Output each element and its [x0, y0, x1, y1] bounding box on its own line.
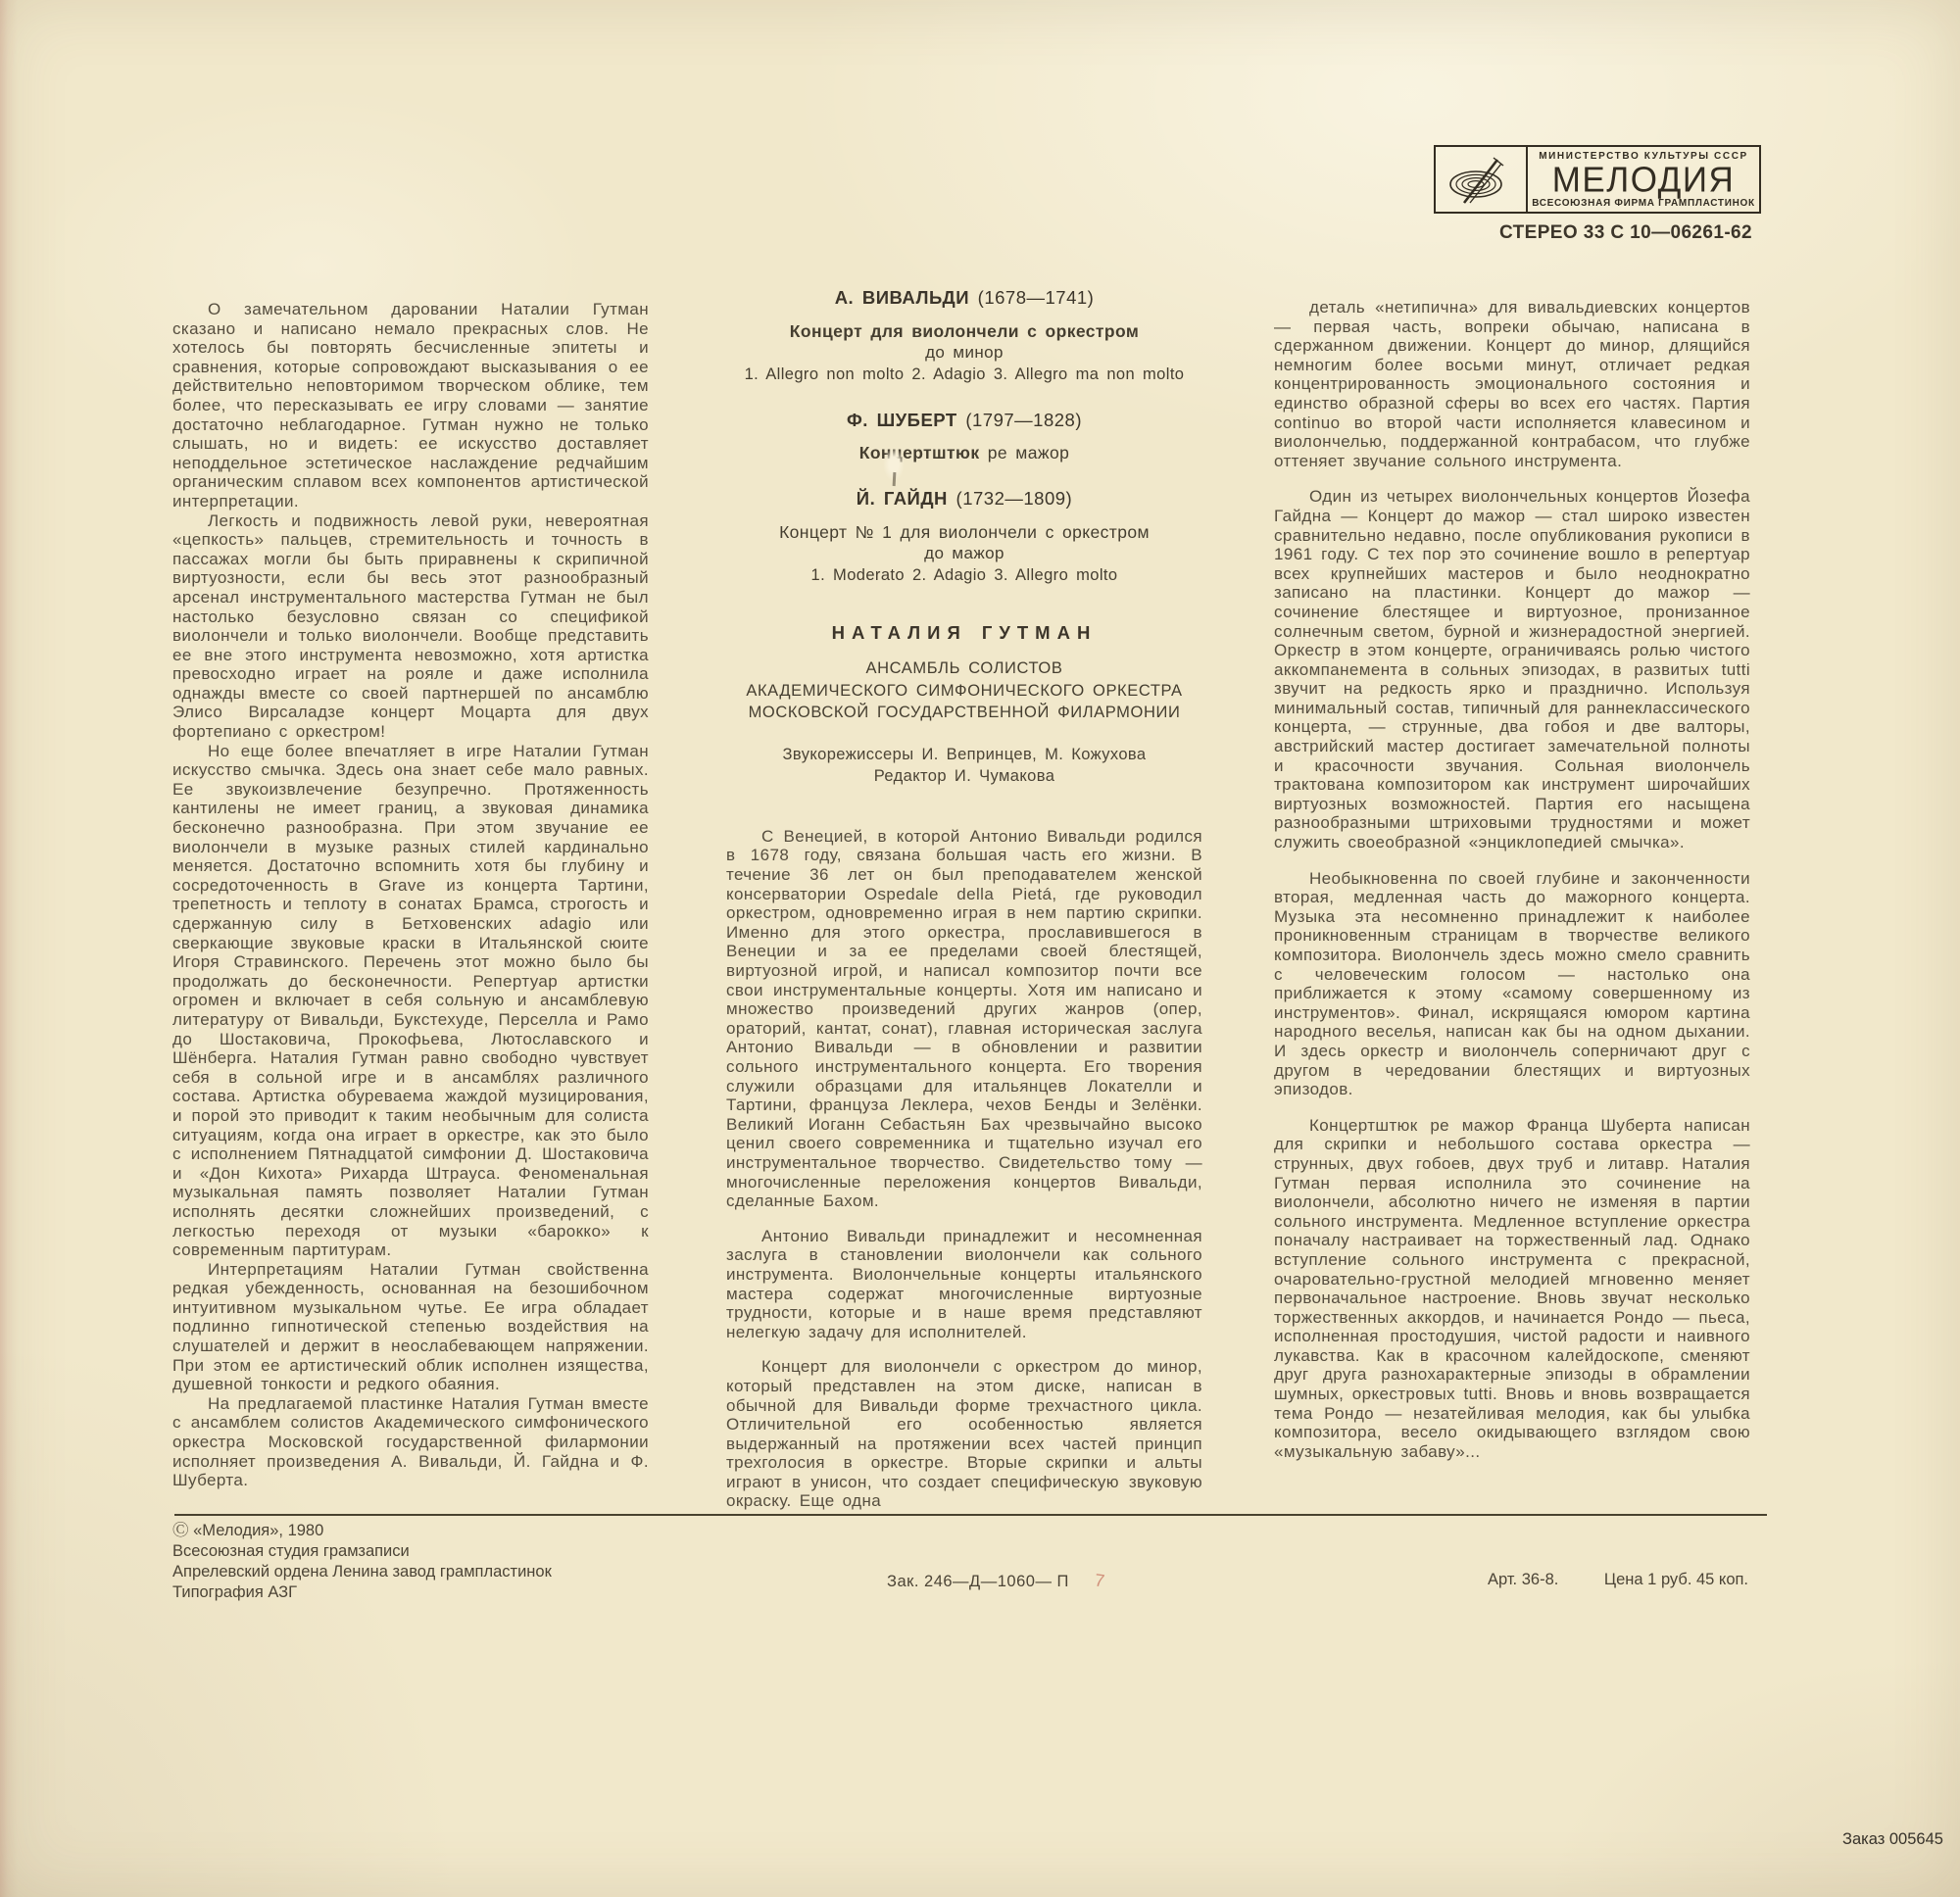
footer-divider [174, 1514, 1767, 1516]
copyright-line: Ⓒ «Мелодия», 1980 [172, 1521, 552, 1541]
catalog-number: 33 С 10—06261-62 [1584, 222, 1752, 244]
ensemble-line: АКАДЕМИЧЕСКОГО СИМФОНИЧЕСКОГО ОРКЕСТРА [726, 680, 1202, 703]
work-haydn: Й. ГАЙДН (1732—1809) Концерт № 1 для вио… [726, 489, 1202, 586]
sound-engineers-line: Звукорежиссеры И. Вепринцев, М. Кожухова [726, 744, 1202, 766]
work-title: Концерт № 1 для виолончели с оркестром [726, 521, 1202, 543]
essay-paragraph: С Венецией, в которой Антонио Вивальди р… [726, 827, 1202, 1211]
red-stamp-mark: 7 [1093, 1570, 1105, 1591]
work-vivaldi: А. ВИВАЛЬДИ (1678—1741) Концерт для виол… [726, 288, 1202, 385]
printer-line: Типография АЗГ [172, 1582, 552, 1603]
composer-heading: А. ВИВАЛЬДИ (1678—1741) [726, 288, 1202, 308]
center-column: А. ВИВАЛЬДИ (1678—1741) Концерт для виол… [726, 288, 1202, 1527]
print-code: Зак. 246—Д—1060— П7 [887, 1571, 1104, 1591]
price: Цена 1 руб. 45 коп. [1604, 1571, 1748, 1588]
studio-line: Всесоюзная студия грамзаписи [172, 1541, 552, 1562]
essay-paragraph: Интерпретациям Наталии Гутман свойственн… [172, 1260, 649, 1394]
essay-paragraph: Необыкновенна по своей глубине и законче… [1274, 869, 1750, 1099]
work-movements: 1. Moderato 2. Adagio 3. Allegro molto [726, 565, 1202, 586]
recording-credits: Звукорежиссеры И. Вепринцев, М. Кожухова… [726, 744, 1202, 788]
essay-column-right: деталь «нетипична» для вивальдиевских ко… [1274, 298, 1750, 1478]
essay-column-middle: С Венецией, в которой Антонио Вивальди р… [726, 827, 1202, 1511]
stereo-catalog-row: СТЕРЕО 33 С 10—06261-62 [1499, 222, 1752, 244]
composer-heading: Й. ГАЙДН (1732—1809) [726, 489, 1202, 509]
record-sleeve-back: { "header": { "ministry": "МИНИСТЕРСТВО … [0, 0, 1960, 1897]
essay-paragraph: Концертштюк ре мажор Франца Шуберта напи… [1274, 1116, 1750, 1462]
ensemble-line: МОСКОВСКОЙ ГОСУДАРСТВЕННОЙ ФИЛАРМОНИИ [726, 702, 1202, 724]
ensemble-line: АНСАМБЛЬ СОЛИСТОВ [726, 657, 1202, 680]
work-schubert: Ф. ШУБЕРТ (1797—1828) Концертштюк ре маж… [726, 411, 1202, 464]
program-block: А. ВИВАЛЬДИ (1678—1741) Концерт для виол… [726, 288, 1202, 788]
brand-name: МЕЛОДИЯ [1552, 163, 1736, 196]
editor-line: Редактор И. Чумакова [726, 765, 1202, 788]
plant-line: Апрелевский ордена Ленина завод грамплас… [172, 1562, 552, 1582]
essay-paragraph: На предлагаемой пластинке Наталия Гутман… [172, 1394, 649, 1490]
art-price-block: Арт. 36-8. Цена 1 руб. 45 коп. [1488, 1571, 1748, 1589]
essay-paragraph: Концерт для виолончели с оркестром до ми… [726, 1357, 1202, 1511]
melodiya-logo: МИНИСТЕРСТВО КУЛЬТУРЫ СССР МЕЛОДИЯ ВСЕСО… [1434, 145, 1761, 214]
order-number: Заказ 005645 [1842, 1830, 1943, 1849]
copyright-block: Ⓒ «Мелодия», 1980 Всесоюзная студия грам… [172, 1521, 552, 1603]
essay-paragraph: Антонио Вивальди принадлежит и несомненн… [726, 1227, 1202, 1342]
essay-paragraph: О замечательном даровании Наталии Гутман… [172, 300, 649, 511]
work-key: до минор [726, 342, 1202, 363]
stereo-label: СТЕРЕО [1499, 222, 1578, 244]
essay-paragraph: деталь «нетипична» для вивальдиевских ко… [1274, 298, 1750, 470]
artist-name: НАТАЛИЯ ГУТМАН [726, 623, 1202, 643]
essay-paragraph: Но еще более впечатляет в игре Наталии Г… [172, 742, 649, 1260]
essay-paragraph: Один из четырех виолончельных концертов … [1274, 487, 1750, 851]
composer-heading: Ф. ШУБЕРТ (1797—1828) [726, 411, 1202, 430]
record-tonearm-icon [1436, 147, 1528, 212]
work-key: до мажор [726, 543, 1202, 563]
work-movements: 1. Allegro non molto 2. Adagio 3. Allegr… [726, 365, 1202, 385]
essay-column-left: О замечательном даровании Наталии Гутман… [172, 300, 649, 1490]
ensemble-name: АНСАМБЛЬ СОЛИСТОВ АКАДЕМИЧЕСКОГО СИМФОНИ… [726, 657, 1202, 724]
work-title: Концертштюк ре мажор [726, 442, 1202, 463]
essay-paragraph: Легкость и подвижность левой руки, невер… [172, 511, 649, 742]
logo-text: МИНИСТЕРСТВО КУЛЬТУРЫ СССР МЕЛОДИЯ ВСЕСО… [1528, 147, 1759, 212]
art-number: Арт. 36-8. [1488, 1571, 1558, 1588]
work-title: Концерт для виолончели с оркестром [726, 320, 1202, 342]
